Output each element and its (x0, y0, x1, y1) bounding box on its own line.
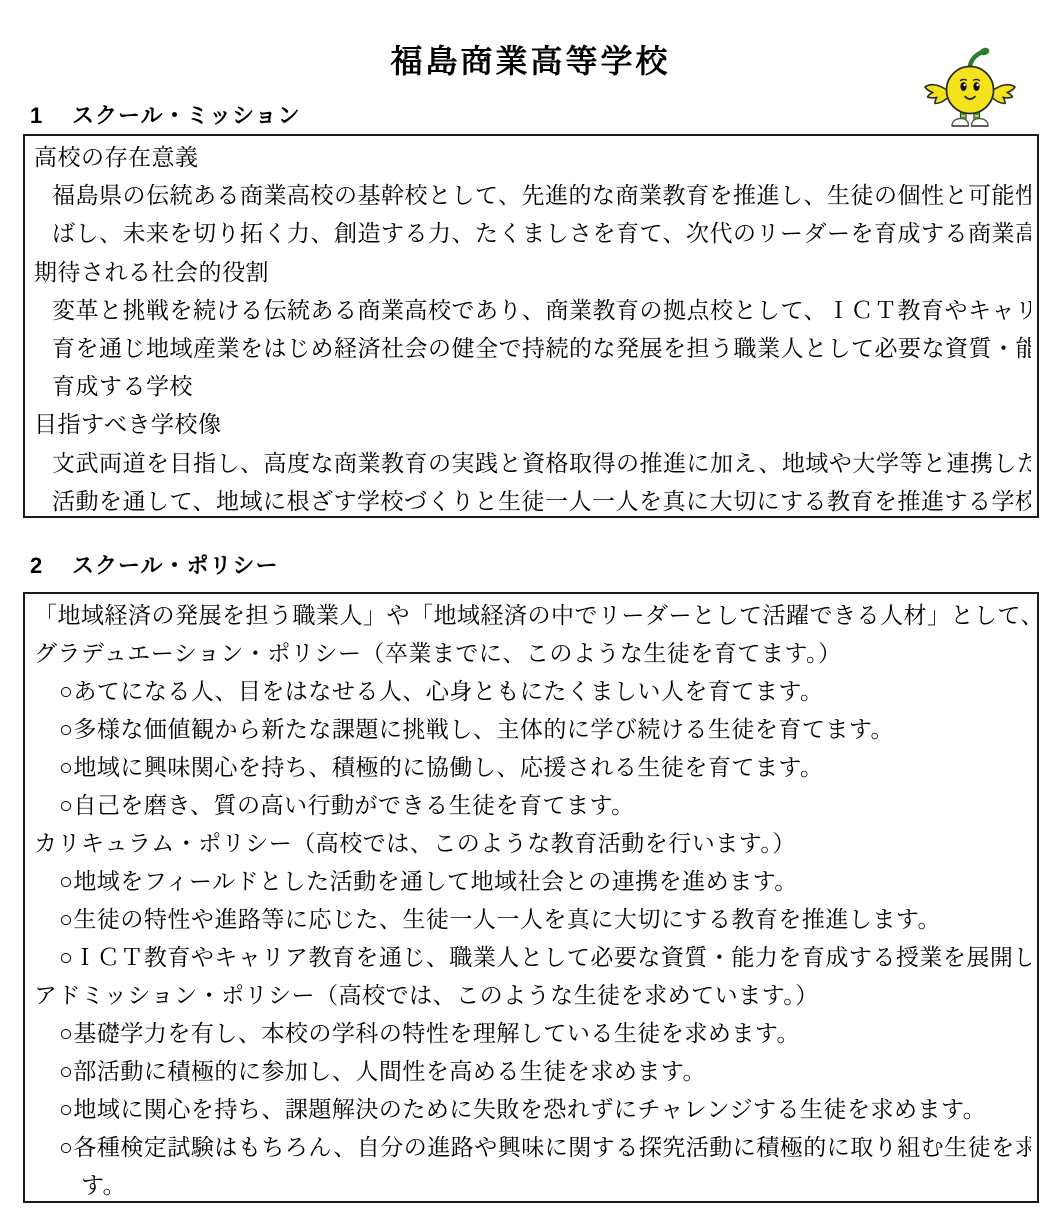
policy-line: ○地域に関心を持ち、課題解決のために失敗を恐れずにチャレンジする生徒を求めます。 (34, 1090, 1031, 1128)
school-mission-box: 高校の存在意義 福島県の伝統ある商業高校の基幹校として、先進的な商業教育を推進し… (23, 134, 1039, 518)
policy-line: ○部活動に積極的に参加し、人間性を高める生徒を求めます。 (34, 1052, 1031, 1090)
page-title: 福島商業高等学校 (0, 43, 1061, 79)
section-1-label: スクール・ミッション (72, 103, 301, 128)
mission-line: 育成する学校 (34, 367, 1031, 405)
mission-line: 育を通じ地域産業をはじめ経済社会の健全で持続的な発展を担う職業人として必要な資質… (34, 329, 1031, 367)
policy-line: す。 (34, 1166, 1031, 1203)
mascot-svg (923, 46, 1017, 130)
policy-line: ○多様な価値観から新たな課題に挑戦し、主体的に学び続ける生徒を育てます。 (34, 710, 1031, 748)
mission-line: 活動を通して、地域に根ざす学校づくりと生徒一人一人を真に大切にする教育を推進する… (34, 482, 1031, 518)
document-page: 福島商業高等学校 (0, 0, 1061, 1220)
mission-line: 変革と挑戦を続ける伝統ある商業高校であり、商業教育の拠点校として、ＩＣＴ教育やキ… (34, 291, 1031, 329)
mission-line: ばし、未来を切り拓く力、創造する力、たくましさを育て、次代のリーダーを育成する商… (34, 214, 1031, 252)
policy-line: カリキュラム・ポリシー（高校では、このような教育活動を行います。） (34, 824, 1031, 862)
mission-line: 期待される社会的役割 (34, 253, 1031, 291)
policy-line: ○生徒の特性や進路等に応じた、生徒一人一人を真に大切にする教育を推進します。 (34, 900, 1031, 938)
policy-line: ○ＩＣＴ教育やキャリア教育を通じ、職業人として必要な資質・能力を育成する授業を展… (34, 938, 1031, 976)
mission-line: 文武両道を目指し、高度な商業教育の実践と資格取得の推進に加え、地域や大学等と連携… (34, 444, 1031, 482)
mission-line: 福島県の伝統ある商業高校の基幹校として、先進的な商業教育を推進し、生徒の個性と可… (34, 176, 1031, 214)
policy-line: アドミッション・ポリシー（高校では、このような生徒を求めています。） (34, 976, 1031, 1014)
policy-line: ○地域をフィールドとした活動を通して地域社会との連携を進めます。 (34, 862, 1031, 900)
section-2-number: 2 (30, 552, 46, 580)
policy-line: ○あてになる人、目をはなせる人、心身ともにたくましい人を育てます。 (34, 672, 1031, 710)
section-2-heading: 2スクール・ポリシー (30, 552, 279, 580)
policy-line: ○基礎学力を有し、本校の学科の特性を理解している生徒を求めます。 (34, 1014, 1031, 1052)
policy-line: 「地域経済の発展を担う職業人」や「地域経済の中でリーダーとして活躍できる人材」と… (34, 596, 1031, 634)
policy-line: グラデュエーション・ポリシー（卒業までに、このような生徒を育てます。） (34, 634, 1031, 672)
mission-line: 目指すべき学校像 (34, 405, 1031, 443)
section-1-number: 1 (30, 102, 46, 130)
section-2-label: スクール・ポリシー (72, 553, 279, 578)
mission-line: 高校の存在意義 (34, 138, 1031, 176)
policy-line: ○地域に興味関心を持ち、積極的に協働し、応援される生徒を育てます。 (34, 748, 1031, 786)
school-policy-box: 「地域経済の発展を担う職業人」や「地域経済の中でリーダーとして活躍できる人材」と… (23, 592, 1039, 1203)
school-mascot-icon (923, 46, 1017, 130)
section-1-heading: 1スクール・ミッション (30, 102, 301, 130)
policy-line: ○各種検定試験はもちろん、自分の進路や興味に関する探究活動に積極的に取り組む生徒… (34, 1128, 1031, 1166)
policy-line: ○自己を磨き、質の高い行動ができる生徒を育てます。 (34, 786, 1031, 824)
